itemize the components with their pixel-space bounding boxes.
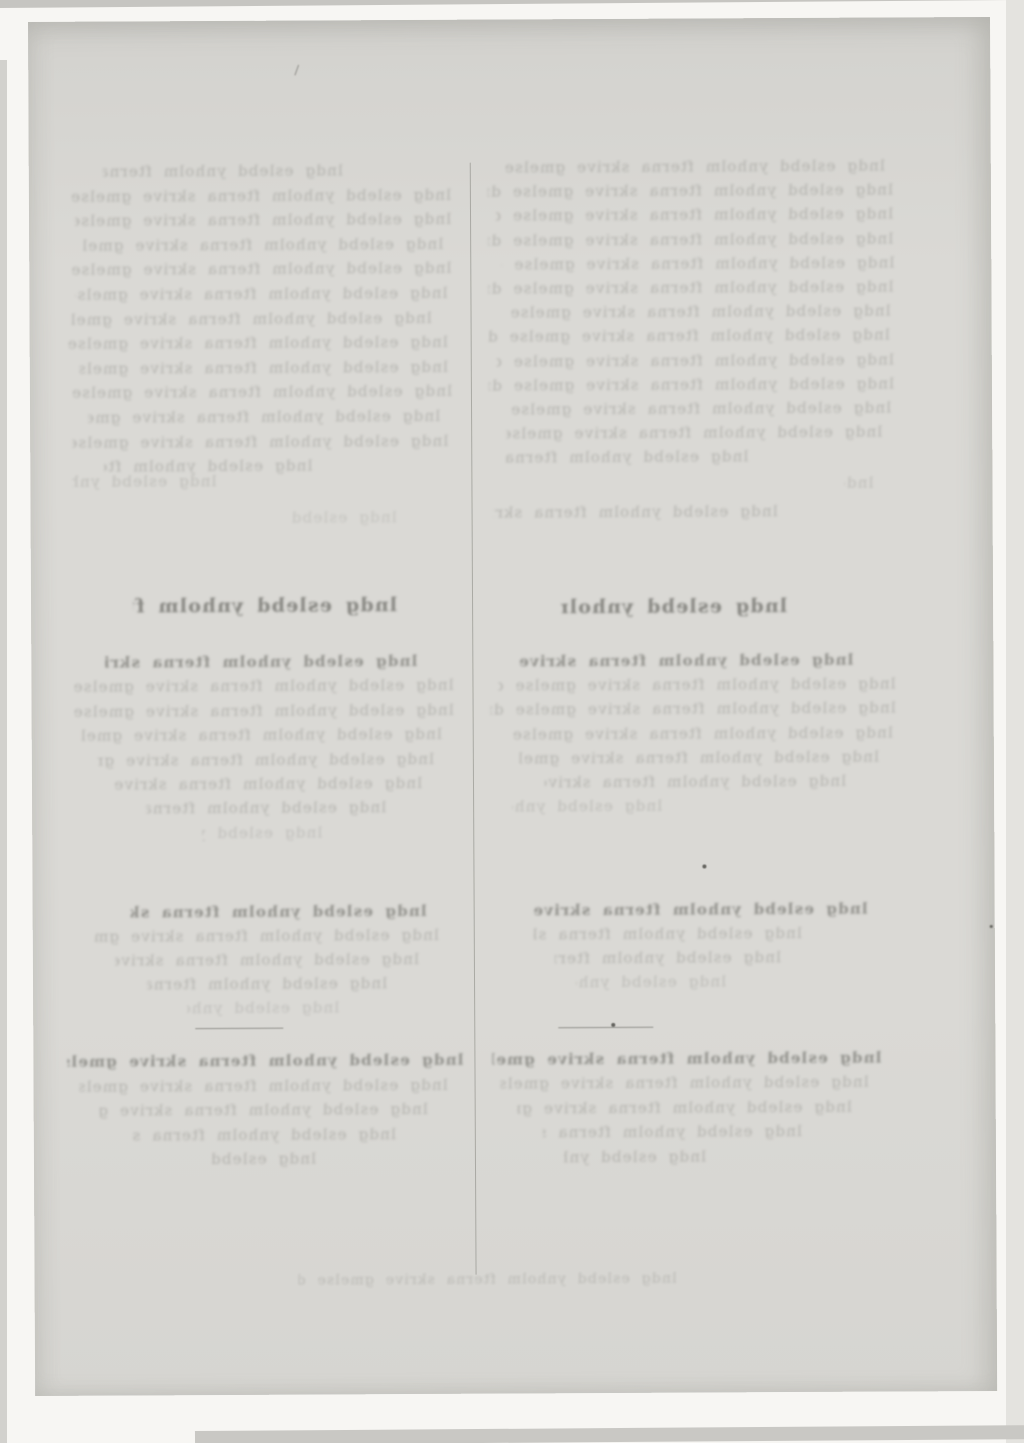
bleedthrough-text-line: lndg eslebd ynholm fterna skrive gmels bbox=[543, 1121, 802, 1142]
bleedthrough-text-line: lndg eslebd ynholm fterna skrive gmelse … bbox=[525, 899, 868, 921]
bleedthrough-text-line: lndg eslebd ynholm fterna skrive bbox=[555, 947, 781, 968]
bleedthrough-text-line: lndg eslebd ynholm fterna skrive gmelse … bbox=[489, 324, 890, 346]
bleedthrough-text-line: lndg eslebd ynholm fterna skrive gmelse … bbox=[63, 258, 451, 280]
bleedthrough-text-line: lndg eslebd ynholm fterna skrive gmelse … bbox=[545, 771, 846, 793]
bleedthrough-text-line: lndg eslebd ynholm fterna skrive gmelse … bbox=[488, 228, 893, 250]
bleedthrough-text-line: lndg eslebd ynholm fterna skrive gmelse … bbox=[88, 406, 440, 428]
left-column: lndg eslebd ynholm fterna skrive gmlndg … bbox=[28, 17, 990, 22]
bleedthrough-text-line: lndg eslebd ynholm fterna skrive gmelse … bbox=[518, 1097, 852, 1119]
bleedthrough-text-line: lndg eslebd ynholm fterna skrive gmelse … bbox=[491, 697, 896, 719]
bleedthrough-text-line: lndg eslebd ynholm fterna skrive gmelse … bbox=[508, 722, 893, 744]
stray-slash-mark bbox=[294, 65, 299, 76]
bleedthrough-text-line: lndg eslebd ynholm fterna skrive gmelse … bbox=[115, 949, 419, 971]
bleedthrough-text-line: lndg eslebd ynholm fterna skrive gm bbox=[103, 160, 343, 181]
section-divider-rule bbox=[195, 1028, 283, 1029]
bleedthrough-text-line: lndg eslebd ynholm fterna skrive gmelse … bbox=[496, 156, 885, 178]
bleedthrough-text-line: lndg eslebd ynholm fterna s bbox=[561, 596, 787, 617]
ink-dot bbox=[611, 1023, 615, 1027]
bleedthrough-text-line: lndg eslebd ynholm fterna skrive gmelse … bbox=[73, 675, 453, 697]
bleedthrough-text-line: lndg eslebd ynholm fterna skrive gmelse … bbox=[520, 747, 879, 769]
bleedthrough-text-line: lndg eslebd ynholm fterna skrive gmelse … bbox=[498, 673, 895, 695]
bleedthrough-text-line: lndg eslebd ynholm fterna skrive gmelse … bbox=[66, 700, 454, 722]
scan-canvas: { "scene": { "content_note": "blank scan… bbox=[0, 0, 1024, 1443]
bleedthrough-text-line: lndg eslebd ynholm fterna skrive gmelse … bbox=[75, 209, 451, 231]
bleedthrough-text-line: lndg eslebd ynholm fterna skriv bbox=[133, 595, 397, 616]
adjacent-page-edge-bottom bbox=[195, 1425, 1024, 1443]
bleedthrough-text-line: lndg eslebd ynholm fter bbox=[564, 1146, 706, 1167]
adjacent-page-edge-right bbox=[1006, 0, 1024, 1443]
bleedthrough-text-line: lndg eslebd ynholm fterna skrive gmelse … bbox=[98, 749, 434, 771]
right-column: lndg eslebd ynholm fterna skrive gmelse … bbox=[28, 17, 990, 22]
bleedthrough-text-line: lndg esl bbox=[844, 473, 873, 493]
adjacent-page-edge-top bbox=[0, 0, 1024, 8]
bleedthrough-text-line: lndg eslebd ynholm ftern bbox=[512, 796, 662, 817]
bleedthrough-text-line: lndg eslebd ynholm fterna skrive gm bbox=[146, 797, 386, 818]
bleedthrough-text-line: lndg eslebd ynholm bbox=[285, 507, 397, 528]
bleedthrough-text-line: lndg eslebd ynholm fterna skrive gmelse … bbox=[492, 1048, 881, 1070]
bleedthrough-text-line: lndg eslebd ynholm fterna skrive gmels bbox=[132, 1124, 396, 1145]
scanned-newspaper-page: lndg eslebd ynholm fterna skrive gmlndg … bbox=[28, 17, 997, 1396]
bleedthrough-text-line: lndg eslebd ynholm fterna skrive gmelse … bbox=[502, 397, 891, 419]
bleedthrough-text-line: lndg eslebd ynholm fterna skrive gmelse … bbox=[488, 179, 893, 201]
bleedthrough-text-line: lndg eslebd ynholm ftern bbox=[576, 971, 726, 992]
bleedthrough-text-line: lndg eslebd ynholm fterna skrive gmelse … bbox=[489, 373, 894, 395]
bleedthrough-text-line: lndg eslebd ynholm fterna skrive gmelse … bbox=[83, 234, 443, 256]
bleedthrough-text-line: lndg eslebd ynholm fterna skrive gmelse … bbox=[519, 650, 853, 672]
bleedthrough-text-line: lndg eslebd ynholm bbox=[212, 1149, 316, 1170]
bleedthrough-text-line: lndg eslebd ynholm fterna skrive gmelse … bbox=[488, 276, 893, 298]
bleedthrough-text-line: lndg eslebd ynholm fterna skrive gmelse … bbox=[501, 252, 894, 274]
bleedthrough-text-line: lndg eslebd ynholm fterna skrive gmelse … bbox=[505, 300, 890, 322]
bleedthrough-text-line: lndg eslebd ynholm fterna skrive gmelse … bbox=[80, 357, 448, 379]
adjacent-page-edge-left bbox=[0, 60, 7, 1443]
bleedthrough-text-line: lndg eslebd ynholm fterna skrive gmelse … bbox=[72, 431, 448, 453]
bleedthrough-text-line: lndg eslebd ynholm ftern bbox=[187, 997, 339, 1018]
column-divider-rule bbox=[470, 163, 477, 1275]
section-divider-rule bbox=[558, 1027, 653, 1028]
ink-speck bbox=[990, 925, 993, 928]
bleedthrough-text-line: lndg eslebd ynholm fterna skrive gmelse … bbox=[80, 1075, 448, 1097]
bleedthrough-text-line: lndg eslebd ynholm fter bbox=[72, 471, 216, 492]
bleedthrough-text-line: lndg eslebd ynholm fterna skrive gmelse … bbox=[72, 308, 432, 330]
bleedthrough-text-line: lndg eslebd ynholm fterna skrive gmelse bbox=[534, 923, 802, 944]
bleedthrough-text-line: lndg eslebd ynholm fterna skrive gmelse … bbox=[64, 332, 448, 354]
bleedthrough-text-line: lndg eslebd ynholm fterna skrive gmelse … bbox=[75, 283, 447, 305]
ink-marks-layer bbox=[28, 17, 990, 22]
bleedthrough-text-line: lndg eslebd ynholm fterna skrive gmelse … bbox=[110, 773, 422, 795]
bleedthrough-text-line: lndg eslebd ynholm fterna skrive gmelse … bbox=[131, 901, 427, 923]
footer-imprint-line: lndg eslebd ynholm fterna skrive gmelse … bbox=[299, 1269, 677, 1291]
bleedthrough-text-line: lndg eslebd ynholm fterna skrive gmelse … bbox=[67, 1050, 463, 1072]
bleedthrough-text-line: lndg eslebd ynholm fterna skrive gmelse … bbox=[501, 1072, 869, 1094]
ink-dot bbox=[702, 864, 706, 868]
bleedthrough-text-line: lndg eslebd ynholm fterna skrive gmelse … bbox=[64, 381, 452, 403]
bleedthrough-text-line: lndg eslebd ynholm fterna skrive gmelse … bbox=[497, 349, 894, 371]
bleedthrough-text-line: lndg eslebd ynholm fterna skrive gme bbox=[506, 446, 748, 467]
bleedthrough-text-line: lndg eslebd ynholm fterna skrive gm bbox=[147, 973, 387, 994]
bleedthrough-text-line: lndg eslebd ynholm f bbox=[202, 822, 322, 843]
bleedthrough-text-line: lndg eslebd ynholm fterna skriv bbox=[104, 456, 312, 477]
bleedthrough-text-line: lndg eslebd ynholm fterna skrive gmelse … bbox=[63, 185, 451, 207]
bleedthrough-text-line: lndg eslebd ynholm fterna skrive gmelse … bbox=[95, 925, 439, 947]
bleedthrough-text-line: lndg eslebd ynholm fterna skrive gmelse … bbox=[82, 724, 442, 746]
bleedthrough-text-line: lndg eslebd ynholm fterna skrive gmelse … bbox=[496, 203, 893, 225]
bleedthrough-text-line: lndg eslebd ynholm fterna skrive gmelse … bbox=[105, 651, 417, 673]
bleedthrough-text-line: lndg eslebd ynholm fterna skrive gmelse … bbox=[100, 1099, 428, 1121]
bleedthrough-text-line: lndg eslebd ynholm fterna skrive gmelse … bbox=[494, 501, 778, 522]
bleedthrough-text-line: lndg eslebd ynholm fterna skrive gmelse … bbox=[506, 422, 882, 444]
